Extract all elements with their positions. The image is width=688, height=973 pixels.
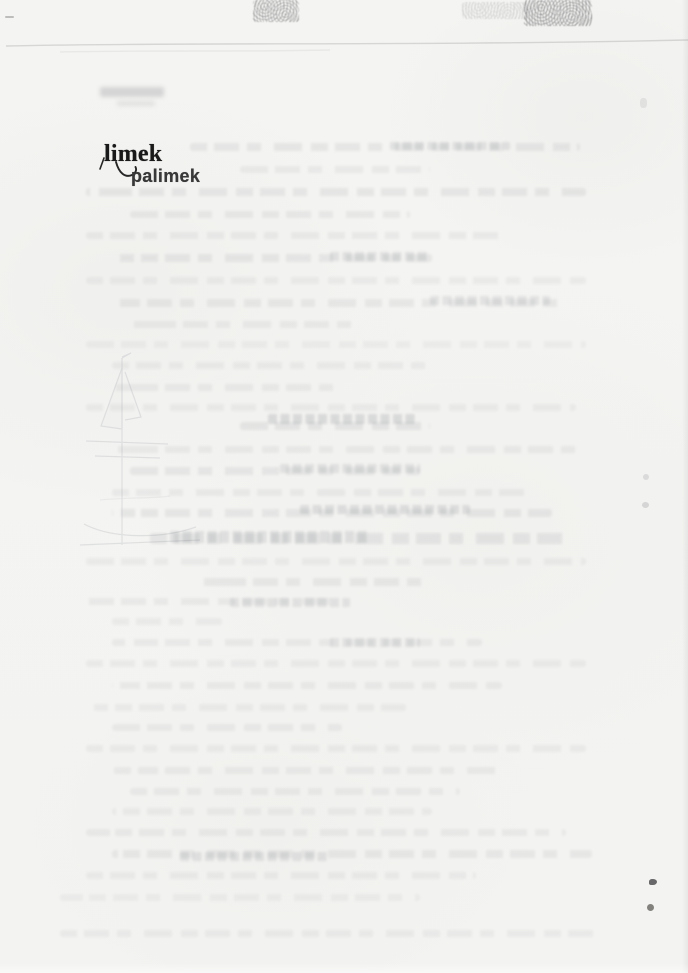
scan-edge-shadow-right — [682, 0, 688, 973]
curved-arrow-icon — [0, 0, 688, 973]
scan-edge-highlight-bottom — [0, 963, 688, 973]
scanned-document-screenshot: { "annotation": { "headword": "limek", "… — [0, 0, 688, 973]
annotation-correction: palimek — [131, 167, 200, 185]
